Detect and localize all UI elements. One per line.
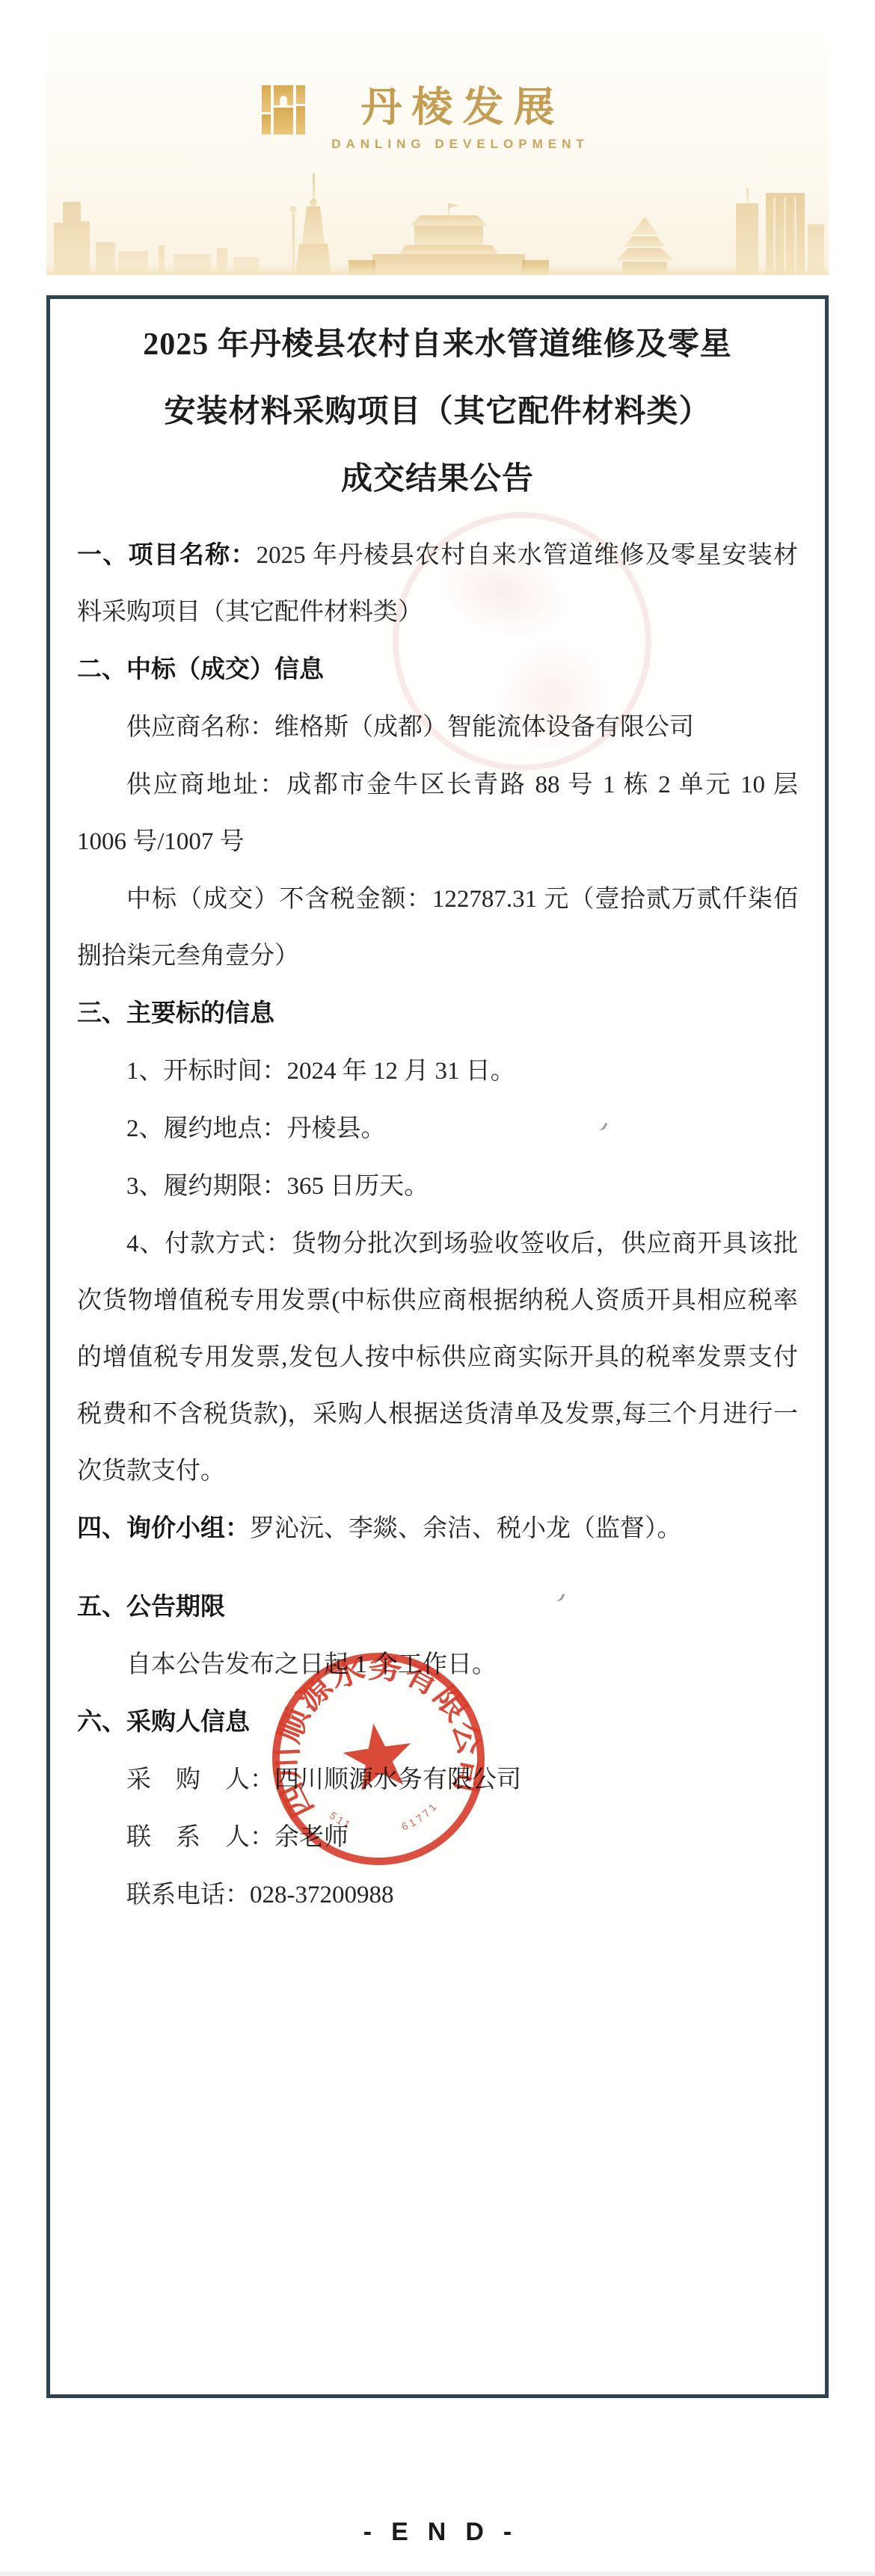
document-paragraph: 2、履约地点：丹棱县。	[77, 1100, 798, 1157]
section-label: 一、项目名称：	[77, 540, 257, 568]
gold-skyline-illustration	[46, 170, 829, 275]
official-seal-stamp: 四川顺源水务有限公司 511 61771	[266, 1647, 491, 1871]
brand-text: 丹棱发展 DANLING DEVELOPMENT	[326, 85, 589, 152]
skyline-right-towers	[736, 188, 824, 275]
section-label: 五、公告期限	[77, 1592, 225, 1620]
document-paragraph: 中标（成交）不含税金额：122787.31 元（壹拾贰万贰仟柒佰捌拾柒元叁角壹分…	[77, 870, 798, 985]
svg-text:61771: 61771	[397, 1798, 443, 1833]
skyline-palace	[349, 203, 549, 275]
document-paragraph: 1、开标时间：2024 年 12 月 31 日。	[77, 1042, 798, 1100]
seal-star-icon	[340, 1719, 417, 1793]
paragraph-text: 2、履约地点：丹棱县。	[126, 1115, 386, 1142]
document-paragraph: 四、询价小组：罗沁沅、李燚、余洁、税小龙（监督）。	[77, 1500, 798, 1557]
section-label: 六、采购人信息	[77, 1707, 250, 1735]
section-label: 二、中标（成交）信息	[77, 655, 324, 682]
paragraph-text: 供应商地址：成都市金牛区长青路 88 号 1 栋 2 单元 10 层 1006 …	[77, 771, 798, 855]
paragraph-text: 罗沁沅、李燚、余洁、税小龙（监督）。	[250, 1515, 682, 1542]
paragraph-text: 中标（成交）不含税金额：122787.31 元（壹拾贰万贰仟柒佰捌拾柒元叁角壹分…	[77, 886, 798, 970]
document-title-line: 成交结果公告	[77, 446, 798, 513]
document-paragraph: 3、履约期限：365 日历天。	[77, 1157, 798, 1215]
seal-code-left: 511	[326, 1807, 356, 1835]
announcement-page: 丹棱发展 DANLING DEVELOPMENT	[0, 0, 875, 2576]
brand-title: 丹棱发展	[351, 85, 564, 130]
skyline-left-tower	[54, 202, 90, 275]
paragraph-text: 1、开标时间：2024 年 12 月 31 日。	[126, 1058, 515, 1085]
screenshot-bottom-edge	[0, 2572, 875, 2576]
skyline-spire-tower	[313, 173, 315, 200]
document-paragraph: 五、公告期限	[77, 1578, 798, 1636]
section-label: 三、主要标的信息	[77, 999, 274, 1026]
brand-lockup: 丹棱发展 DANLING DEVELOPMENT	[34, 85, 817, 152]
document-paragraph: 4、付款方式：货物分批次到场验收签收后，供应商开具该批次货物增值税专用发票(中标…	[77, 1215, 798, 1500]
document-paragraph: 联系电话：028-37200988	[77, 1866, 798, 1923]
section-label: 四、询价小组：	[77, 1514, 250, 1541]
danling-logo-icon	[262, 85, 307, 135]
paragraph-text: 3、履约期限：365 日历天。	[126, 1173, 429, 1200]
document-title-line: 2025 年丹棱县农村自来水管道维修及零星	[77, 311, 798, 378]
document-paragraph: 三、主要标的信息	[77, 985, 798, 1042]
end-marker: -END-	[0, 2518, 875, 2547]
document-paragraph: 供应商地址：成都市金牛区长青路 88 号 1 栋 2 单元 10 层 1006 …	[77, 756, 798, 870]
seal-code-right: 61771	[397, 1798, 443, 1833]
brand-subtitle: DANLING DEVELOPMENT	[326, 137, 589, 152]
document-title-line: 安装材料采购项目（其它配件材料类）	[77, 378, 798, 446]
svg-text:511: 511	[326, 1807, 356, 1835]
announcement-document: 2025 年丹棱县农村自来水管道维修及零星 安装材料采购项目（其它配件材料类） …	[46, 295, 829, 2398]
brand-header: 丹棱发展 DANLING DEVELOPMENT	[46, 34, 829, 275]
paragraph-text: 联系电话：028-37200988	[126, 1882, 394, 1908]
paragraph-text: 4、付款方式：货物分批次到场验收签收后，供应商开具该批次货物增值税专用发票(中标…	[77, 1230, 798, 1485]
document-title: 2025 年丹棱县农村自来水管道维修及零星 安装材料采购项目（其它配件材料类） …	[77, 311, 798, 513]
